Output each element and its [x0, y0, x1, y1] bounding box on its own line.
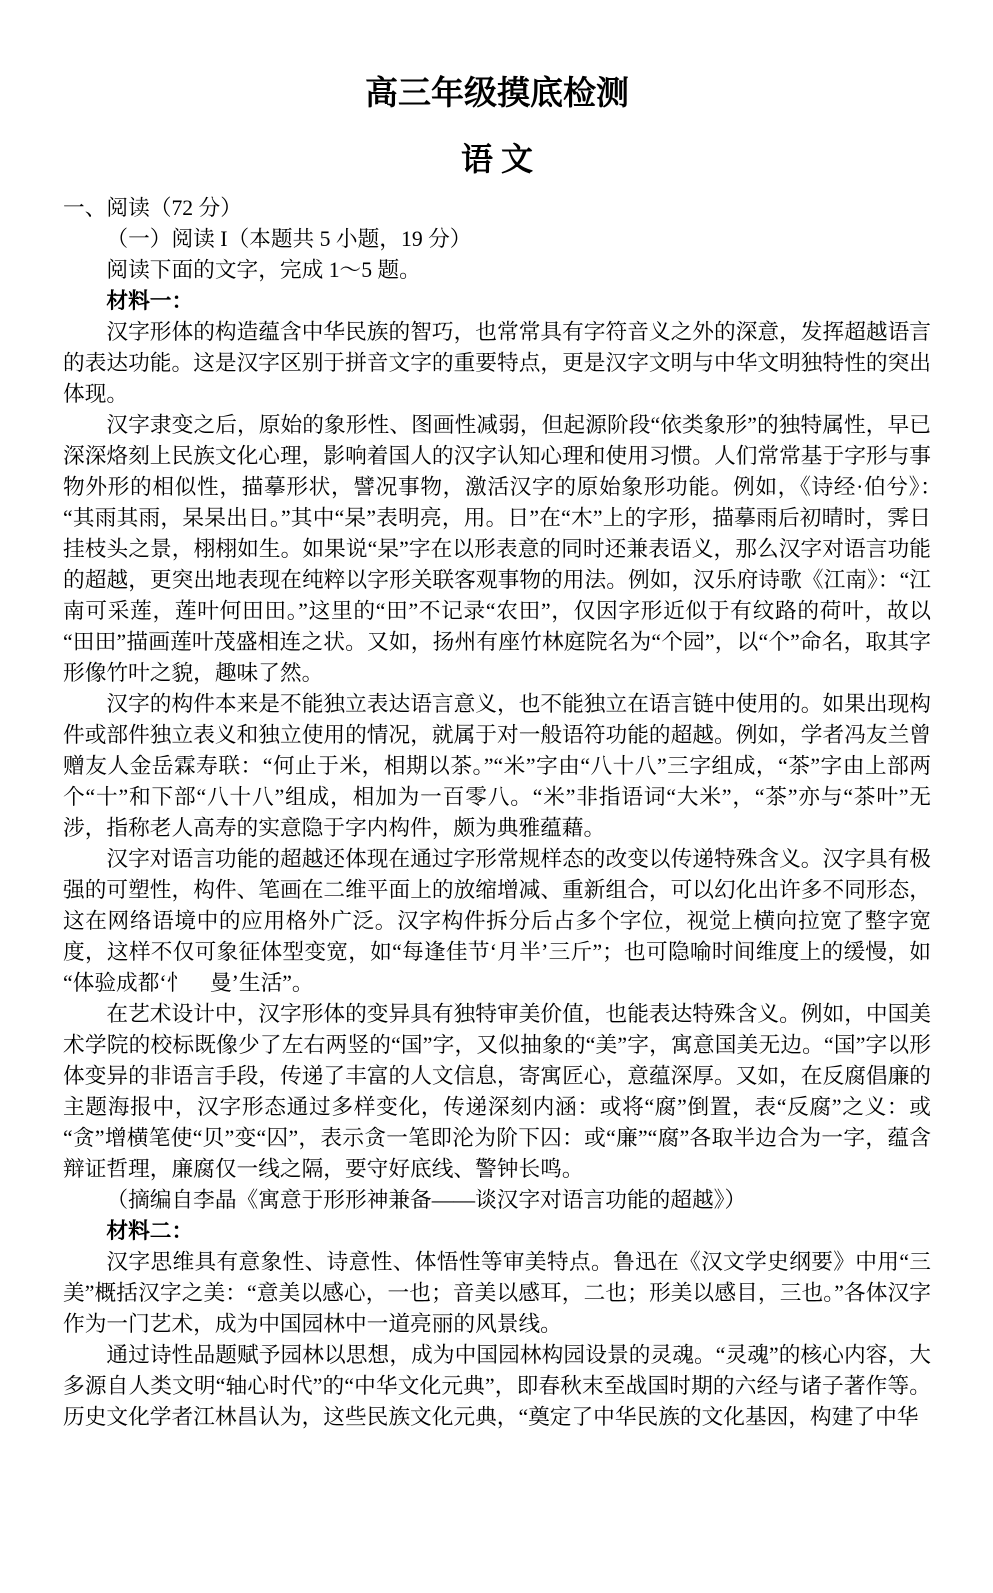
exam-title: 高三年级摸底检测 [63, 74, 931, 114]
material-2-paragraph-2: 通过诗性品题赋予园林以思想，成为中国园林构园设景的灵魂。“灵魂”的核心内容，大多… [63, 1340, 931, 1433]
reading-instruction: 阅读下面的文字，完成 1～5 题。 [63, 255, 931, 286]
exam-body: 一、阅读（72 分） （一）阅读 I（本题共 5 小题，19 分） 阅读下面的文… [63, 193, 931, 1433]
material-1-label: 材料一： [63, 286, 931, 317]
material-1-paragraph-5: 在艺术设计中，汉字形体的变异具有独特审美价值，也能表达特殊含义。例如，中国美术学… [63, 999, 931, 1185]
section-1-heading: 一、阅读（72 分） [63, 193, 931, 224]
material-2-label: 材料二： [63, 1216, 931, 1247]
material-1-paragraph-3: 汉字的构件本来是不能独立表达语言意义，也不能独立在语言链中使用的。如果出现构件或… [63, 689, 931, 844]
material-1-paragraph-2: 汉字隶变之后，原始的象形性、图画性减弱，但起源阶段“依类象形”的独特属性，早已深… [63, 410, 931, 689]
material-2-paragraph-1: 汉字思维具有意象性、诗意性、体悟性等审美特点。鲁迅在《汉文学史纲要》中用“三美”… [63, 1247, 931, 1340]
material-1-paragraph-1: 汉字形体的构造蕴含中华民族的智巧，也常常具有字符音义之外的深意，发挥超越语言的表… [63, 317, 931, 410]
material-1-paragraph-4: 汉字对语言功能的超越还体现在通过字形常规样态的改变以传递特殊含义。汉字具有极强的… [63, 844, 931, 999]
exam-subject: 语文 [63, 139, 931, 179]
subsection-1-heading: （一）阅读 I（本题共 5 小题，19 分） [63, 224, 931, 255]
exam-paper-page: 高三年级摸底检测 语文 一、阅读（72 分） （一）阅读 I（本题共 5 小题，… [0, 0, 993, 1593]
material-1-attribution: （摘编自李晶《寓意于形形神兼备——谈汉字对语言功能的超越》） [63, 1185, 931, 1216]
